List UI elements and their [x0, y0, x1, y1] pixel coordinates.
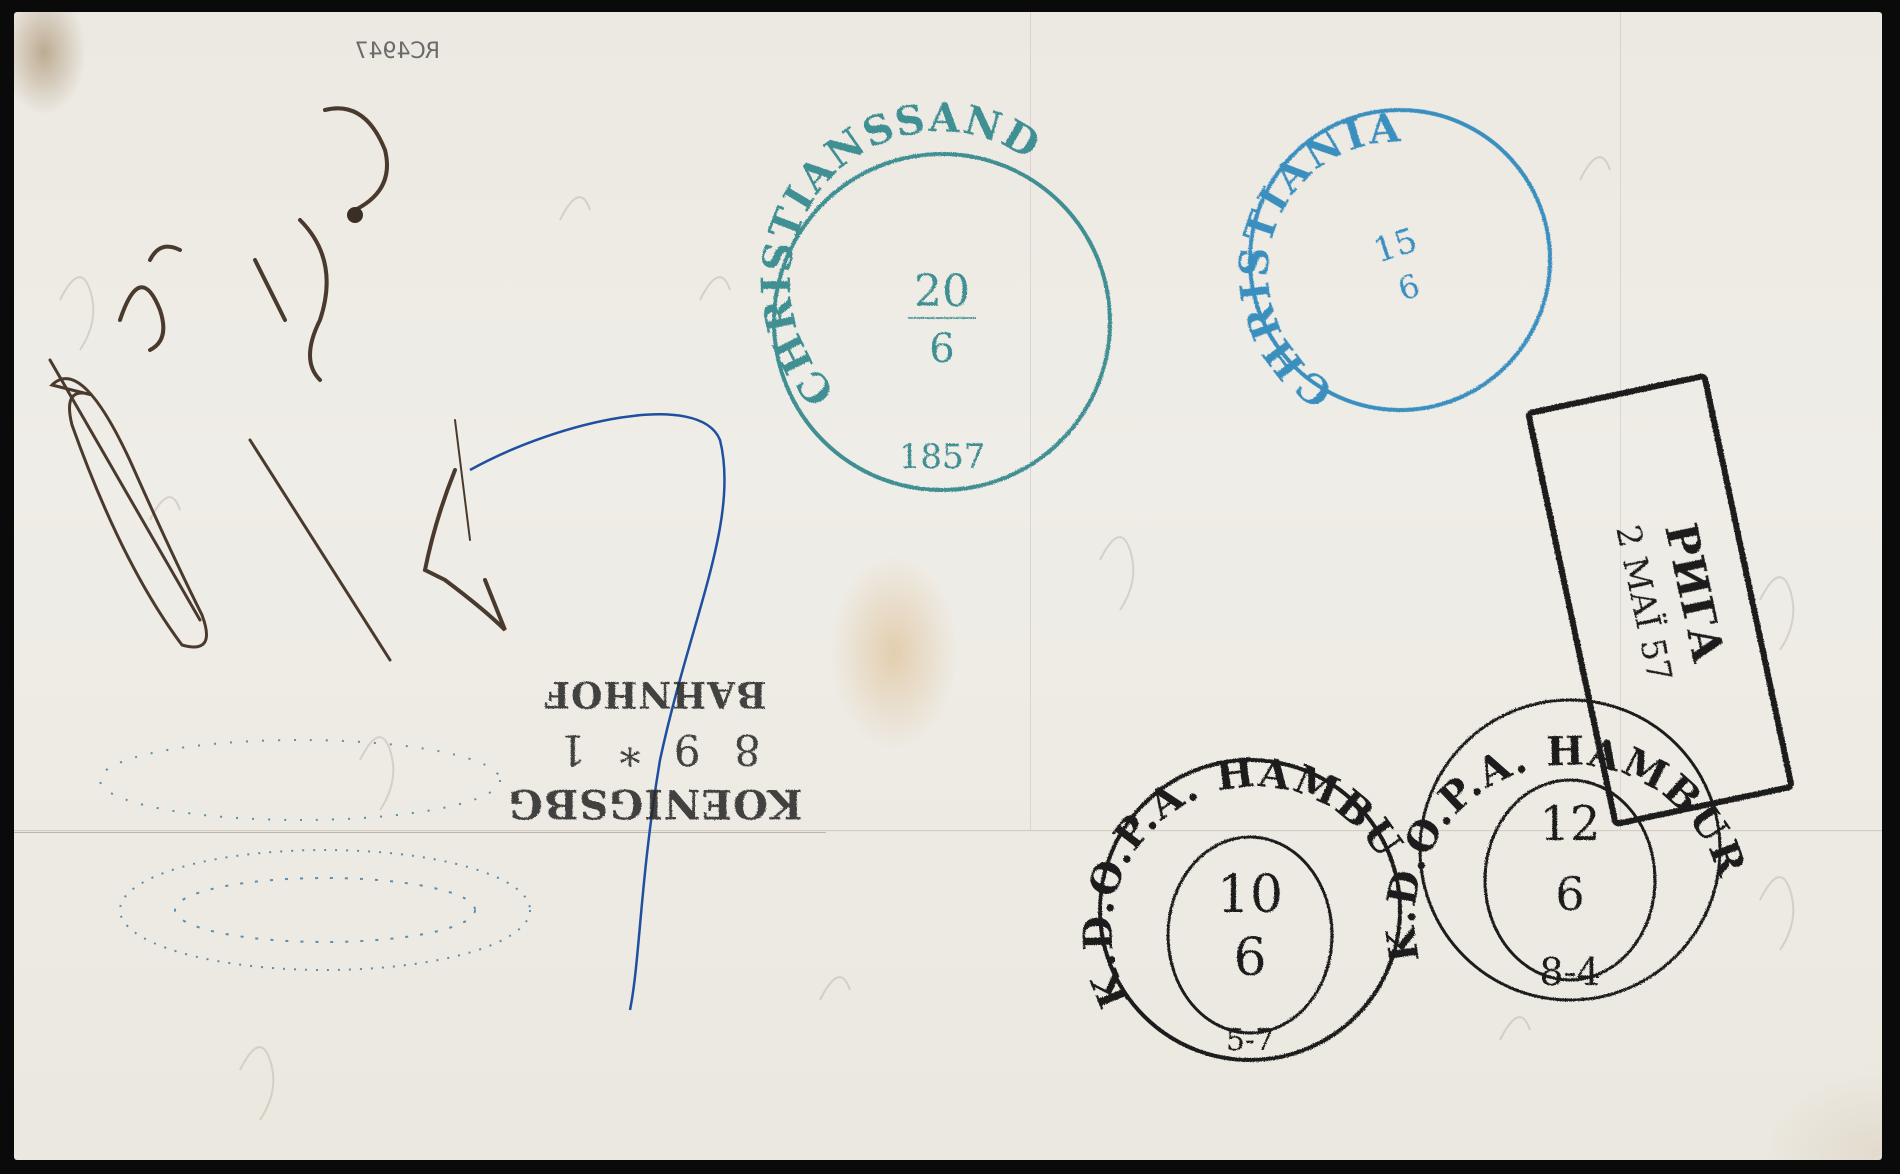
postmark-blue-oval [100, 740, 530, 970]
cover-markings: RC4947 CHRISTIANSSAND 20 6 1857 CHRISTIA… [0, 0, 1900, 1174]
svg-text:K.D.O.P.A. HAMBURG: K.D.O.P.A. HAMBURG [0, 0, 1412, 1014]
svg-text:15: 15 [1369, 220, 1423, 271]
svg-text:6: 6 [929, 326, 954, 372]
svg-text:KOENIGSBG: KOENIGSBG [507, 780, 802, 827]
svg-text:10: 10 [1217, 865, 1283, 925]
postmark-christiania: CHRISTIANIA 15 6 [1187, 65, 1589, 457]
manuscript-rate-marks [50, 108, 505, 660]
svg-text:BAHNHOF: BAHNHOF [543, 673, 766, 715]
postmark-christianssand: CHRISTIANSSAND 20 6 1857 [753, 94, 1110, 490]
svg-text:1857: 1857 [899, 437, 986, 477]
svg-text:12: 12 [1539, 796, 1600, 852]
svg-text:5-7: 5-7 [1226, 1023, 1274, 1058]
svg-text:CHRISTIANSSAND: CHRISTIANSSAND [753, 94, 1049, 415]
svg-text:8 9 * 1: 8 9 * 1 [549, 725, 760, 774]
svg-text:20: 20 [914, 266, 970, 317]
svg-text:CHRISTIANIA: CHRISTIANIA [1187, 96, 1484, 430]
postmark-hamburg-10-6: K.D.O.P.A. HAMBURG 10 6 5-7 [0, 0, 1412, 1060]
svg-text:6: 6 [1555, 867, 1584, 921]
svg-text:8-4: 8-4 [1539, 950, 1600, 994]
pencil-reference: RC4947 [354, 39, 440, 64]
postmark-koenigsberg: KOENIGSBG 8 9 * 1 BAHNHOF [507, 673, 802, 827]
svg-text:6: 6 [1233, 928, 1266, 988]
svg-text:6: 6 [1393, 266, 1424, 308]
